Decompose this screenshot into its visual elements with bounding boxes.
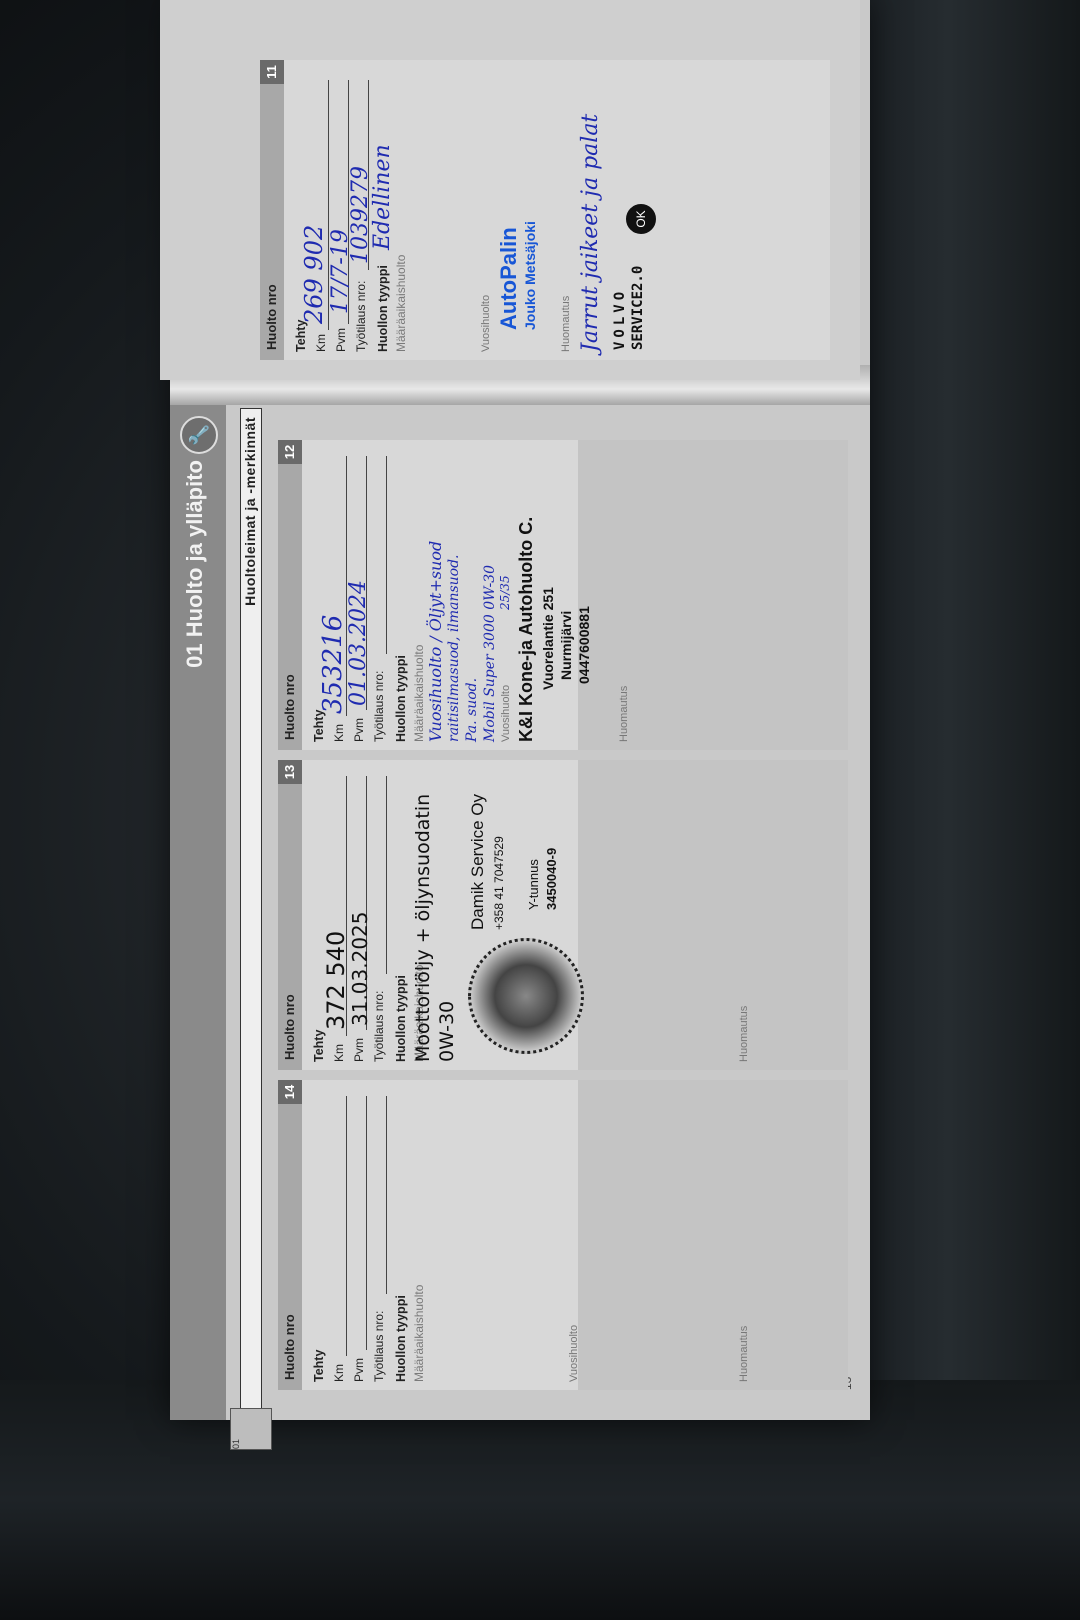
- maaraaikaishuolto-label: Määräaikaishuolto: [412, 1285, 426, 1382]
- tyotilaus-label: Työtilaus nro:: [372, 1311, 386, 1382]
- service-label: Huolto nro: [282, 674, 297, 740]
- km-value: 353216: [318, 615, 348, 714]
- huollon-tyyppi-label: Huollon tyyppi: [376, 265, 390, 352]
- service-label: Huolto nro: [282, 994, 297, 1060]
- service-card-14: Huolto nro 14 Tehty Km Pvm Työtilaus nro…: [278, 1080, 848, 1390]
- mechanic-mascot-stamp: [468, 938, 584, 1054]
- huollon-tyyppi-label: Huollon tyyppi: [394, 655, 408, 742]
- section-title-box: Huoltoleimat ja -merkinnät: [240, 408, 262, 1410]
- stamp-person: Jouko Metsäjoki: [522, 221, 538, 330]
- service-number: 14: [278, 1080, 302, 1104]
- stamp-phone: 0447600881: [576, 606, 592, 684]
- section-title: Huoltoleimat ja -merkinnät: [242, 417, 258, 606]
- pvm-value: 01.03.2024: [346, 580, 371, 706]
- chapter-title: 01 Huolto ja ylläpito: [182, 460, 208, 668]
- maaraaikaishuolto-label: Määräaikaishuolto: [412, 645, 426, 742]
- service-number: 13: [278, 760, 302, 784]
- service-card-11: Huolto nro 11 Tehty Km 269 902 Pvm 17/7-…: [260, 60, 830, 360]
- booklet-page-12: Huolto nro 11 Tehty Km 269 902 Pvm 17/7-…: [160, 0, 860, 380]
- service-note-line-3: Pa. suod.: [464, 678, 480, 742]
- service-booklet: 01 Huolto ja ylläpito 🔧 Huoltoleimat ja …: [170, 0, 870, 1420]
- volvo-badge-line-2: SERVICE2.0: [630, 266, 646, 350]
- service-label: Huolto nro: [264, 284, 279, 350]
- wrench-icon: 🔧: [180, 416, 218, 454]
- tyotilaus-label: Työtilaus nro:: [372, 671, 386, 742]
- chapter-tab-label: 01: [231, 1439, 241, 1449]
- stamp-company: Damik Service Oy: [468, 794, 488, 930]
- volvo-badge-line-1: VOLVO: [612, 288, 628, 350]
- service-note-line-2: 0W-30: [436, 1001, 458, 1062]
- huomautus-label: Huomautus: [618, 686, 630, 742]
- service-note-line-2: raitisilmasuod, ilmansuod.: [446, 554, 462, 742]
- pvm-label: Pvm: [352, 1038, 366, 1062]
- seat-backrest: [860, 0, 1080, 1620]
- service-label: Huolto nro: [282, 1314, 297, 1380]
- service-card-13: Huolto nro 13 Tehty Km 372 540 Pvm 31.03…: [278, 760, 848, 1070]
- stamp-ytunnus: 3450040-9: [544, 848, 559, 910]
- huollon-tyyppi-value: Edellinen: [370, 144, 395, 250]
- service-note-line-1: Moottoriöljy + öljynsuodatin: [412, 794, 434, 1062]
- huomautus-note: Jarrut jaikeet ja palat: [578, 114, 603, 352]
- stamp-phone: +358 41 7047529: [492, 836, 506, 930]
- vuosihuolto-label: Vuosihuolto: [568, 1325, 580, 1382]
- pvm-label: Pvm: [352, 1358, 366, 1382]
- chapter-header: 01 Huolto ja ylläpito 🔧: [170, 400, 226, 1420]
- service-note-line-5: 25/35: [498, 575, 512, 610]
- pvm-label: Pvm: [334, 328, 348, 352]
- service-number: 12: [278, 440, 302, 464]
- ok-badge: OK: [626, 204, 656, 234]
- service-number: 11: [260, 60, 284, 84]
- tehty-label: Tehty: [312, 710, 326, 742]
- tyotilaus-label: Työtilaus nro:: [372, 991, 386, 1062]
- tehty-label: Tehty: [312, 1350, 326, 1382]
- huomautus-label: Huomautus: [560, 296, 572, 352]
- maaraaikaishuolto-label: Määräaikaishuolto: [394, 255, 408, 352]
- stamp-city: Nurmijärvi: [558, 611, 574, 680]
- pvm-value: 31.03.2025: [348, 911, 372, 1026]
- km-value: 372 540: [322, 931, 350, 1030]
- vuosihuolto-label: Vuosihuolto: [480, 295, 492, 352]
- huomautus-label: Huomautus: [738, 1006, 750, 1062]
- km-label: Km: [332, 1044, 346, 1062]
- km-label: Km: [314, 334, 328, 352]
- service-note-line-4: Mobil Super 3000 0W-30: [482, 565, 498, 742]
- pvm-label: Pvm: [352, 718, 366, 742]
- stamp-company: K&I Kone-ja Autohuolto C.: [516, 517, 537, 742]
- service-card-12: Huolto nro 12 Tehty Km 353216 Pvm 01.03.…: [278, 440, 848, 750]
- km-label: Km: [332, 724, 346, 742]
- stamp-ytunnus-label: Y-tunnus: [526, 859, 541, 910]
- huollon-tyyppi-label: Huollon tyyppi: [394, 975, 408, 1062]
- tehty-label: Tehty: [294, 320, 308, 352]
- km-label: Km: [332, 1364, 346, 1382]
- km-value: 269 902: [300, 225, 328, 324]
- tehty-label: Tehty: [312, 1030, 326, 1062]
- service-note-line-1: Vuosihuolto / Öljyt+suod: [426, 541, 445, 742]
- stamp-address: Vuorelantie 251: [540, 587, 556, 690]
- stamp-company: AutoPalin: [496, 227, 522, 330]
- huomautus-label: Huomautus: [738, 1326, 750, 1382]
- vuosihuolto-label: Vuosihuolto: [500, 685, 512, 742]
- huollon-tyyppi-label: Huollon tyyppi: [394, 1295, 408, 1382]
- tyotilaus-label: Työtilaus nro:: [354, 281, 368, 352]
- chapter-tab: 01: [230, 1408, 272, 1450]
